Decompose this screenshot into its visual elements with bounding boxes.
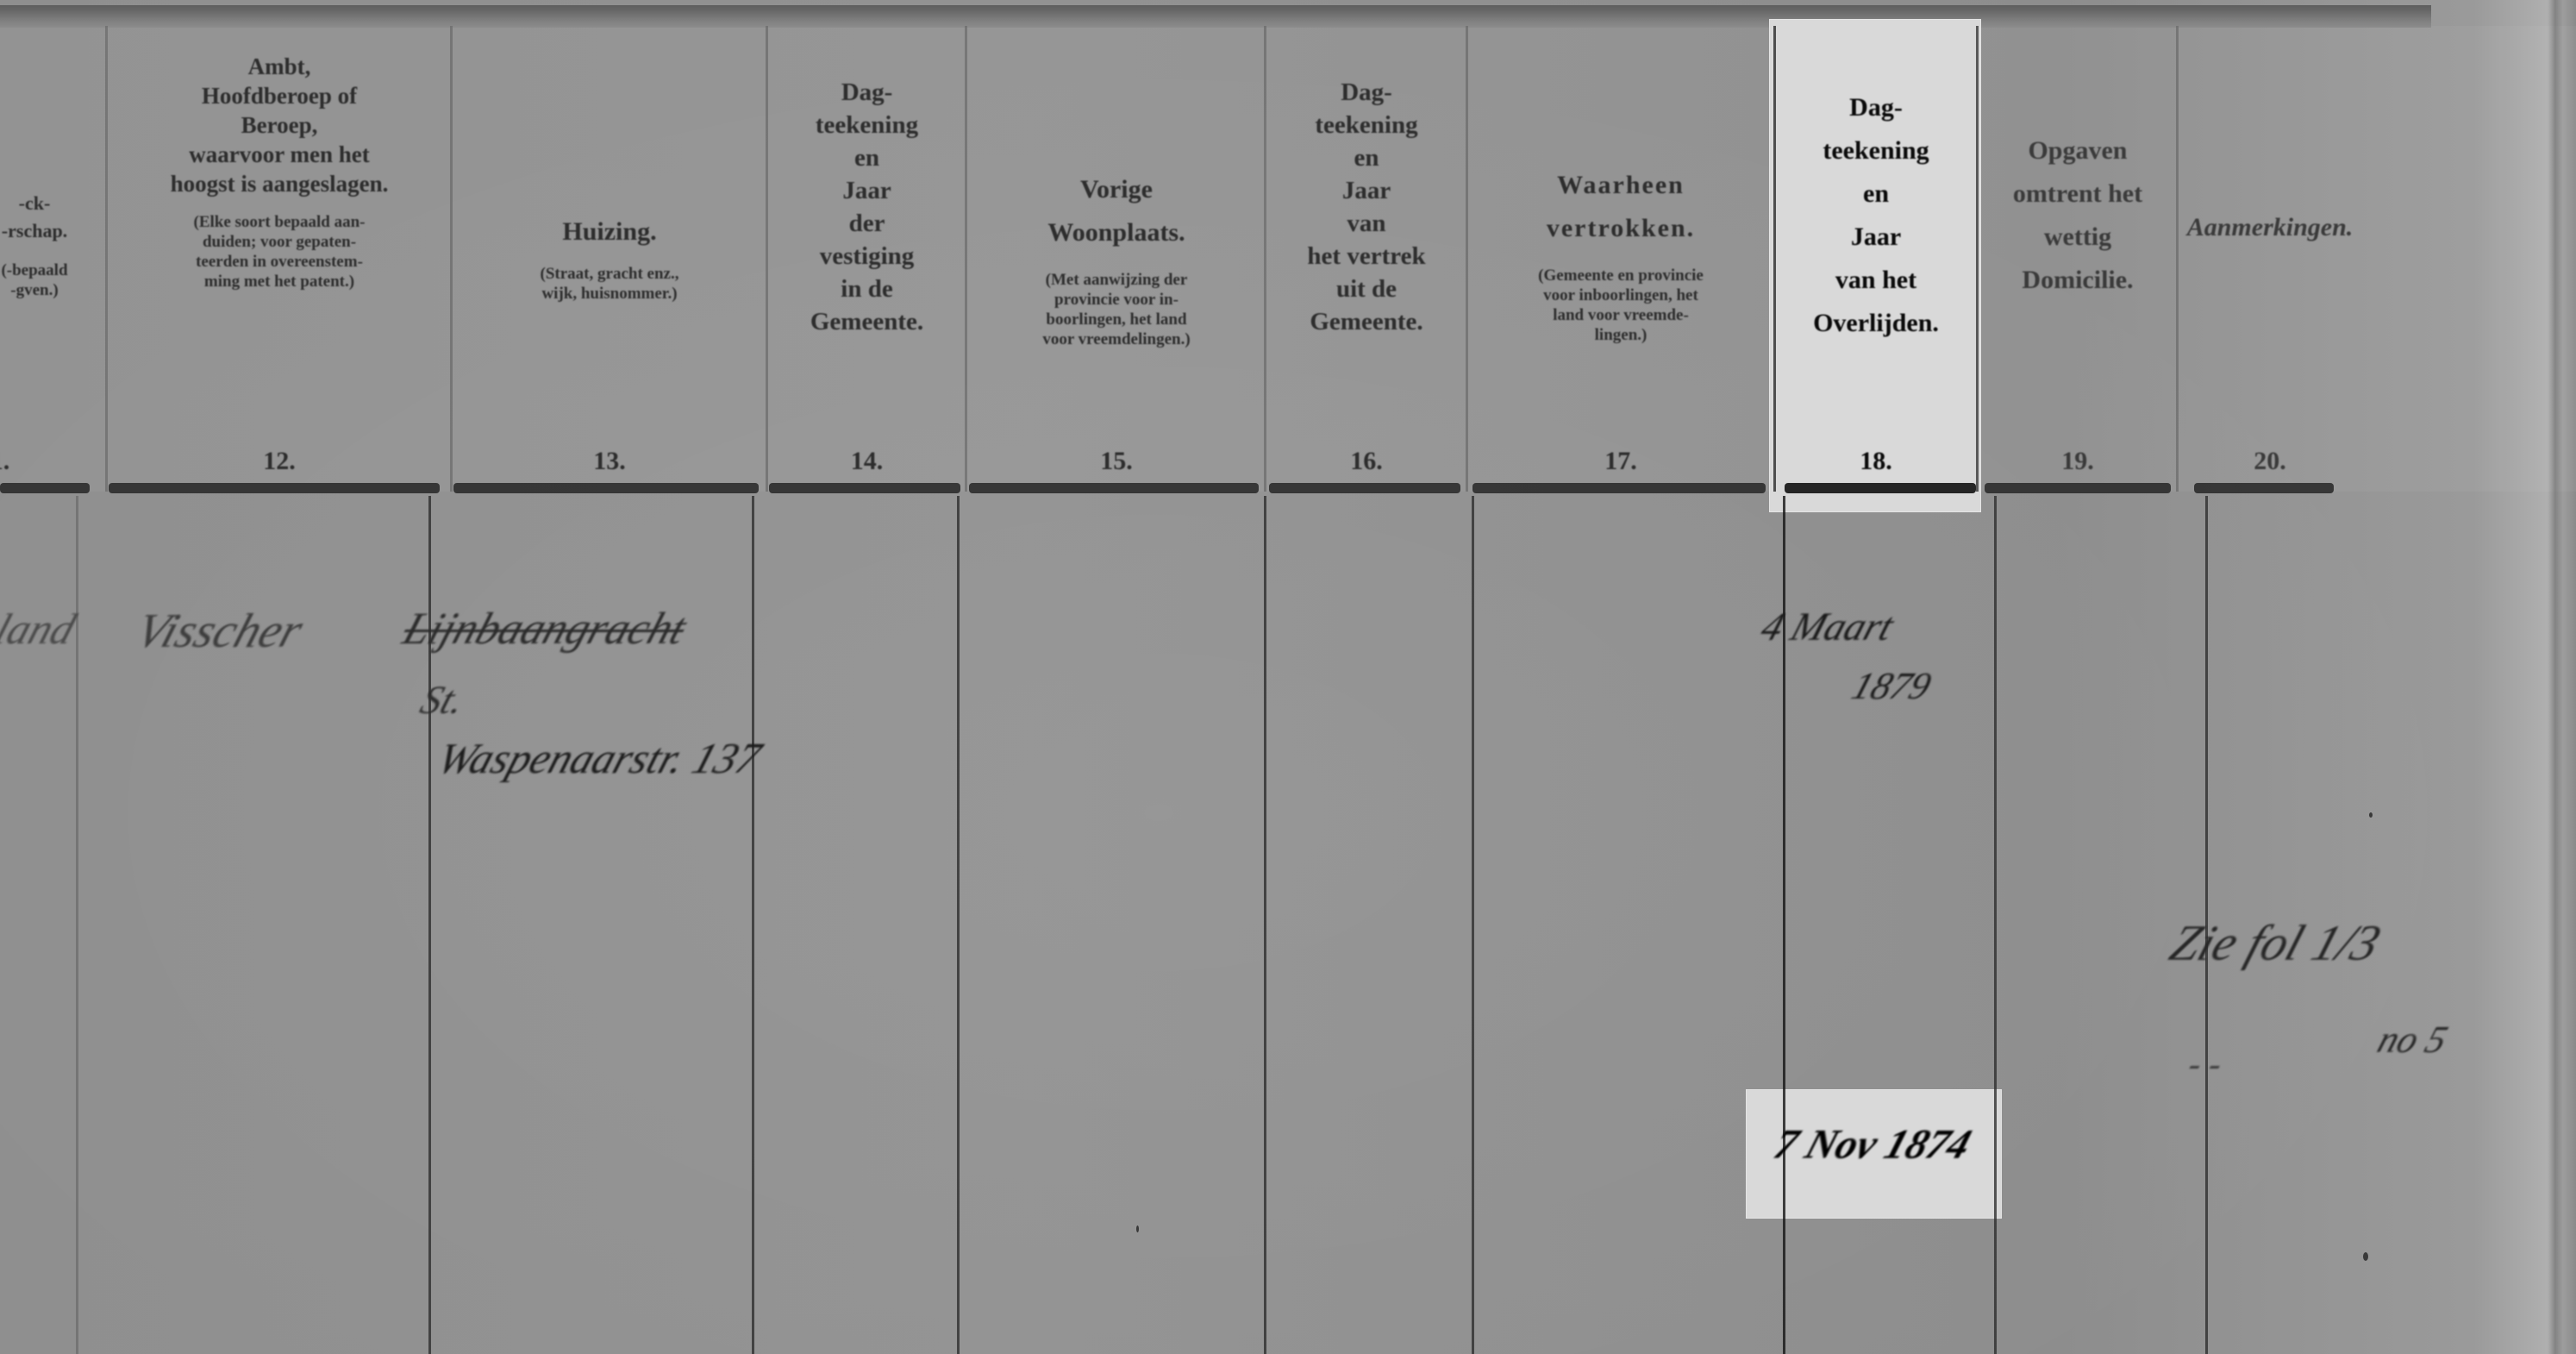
top-rule: [0, 5, 2431, 28]
column-number: 13.: [453, 447, 766, 476]
handwritten-death-year: 1879: [1847, 664, 1937, 708]
column-header-17: Waarheen vertrokken. (Gemeente en provin…: [1469, 52, 1773, 483]
header-divider: [1976, 26, 1979, 492]
column-number: 12.: [109, 447, 450, 476]
column-title: Ambt, Hoofdberoep of Beroep, waarvoor me…: [171, 52, 389, 198]
header-divider: [2176, 26, 2179, 492]
header-divider: [965, 26, 967, 492]
header-divider: [1466, 26, 1468, 492]
column-line: [1264, 496, 1266, 1354]
header-underline: [769, 483, 960, 493]
column-header-14: Dag- teekening en Jaar der vestiging in …: [769, 52, 965, 483]
column-subtitle: (Straat, gracht enz., wijk, huisnommer.): [532, 264, 688, 304]
handwritten-remark-ditto: - -: [2183, 1044, 2228, 1084]
header-underline: [109, 483, 440, 493]
column-header-20: Aanmerkingen. 20.: [2179, 52, 2360, 483]
handwritten-address-struck: Lijnbaangracht: [397, 604, 692, 655]
column-number: 18.: [1776, 447, 1976, 476]
column-title: Aanmerkingen.: [2187, 211, 2354, 244]
column-header-18: Dag- teekening en Jaar van het Overlijde…: [1776, 52, 1976, 483]
column-title: Vorige Woonplaats.: [1047, 168, 1185, 254]
header-underline: [1472, 483, 1766, 493]
column-title: Dag- teekening en Jaar van het Overlijde…: [1813, 86, 1939, 345]
ink-speck: [1136, 1225, 1139, 1232]
column-subtitle: (Gemeente en provincie voor inboorlingen…: [1529, 266, 1712, 345]
header-divider: [450, 26, 453, 492]
column-header-12: Ambt, Hoofdberoep of Beroep, waarvoor me…: [109, 52, 450, 483]
header-underline: [1269, 483, 1460, 493]
column-line: [1994, 496, 1997, 1354]
column-number: 17.: [1469, 447, 1773, 476]
header-divider: [766, 26, 768, 492]
column-header-16: Dag- teekening en Jaar van het vertrek u…: [1267, 52, 1466, 483]
handwritten-address-new: Waspenaarstr. 137: [432, 733, 767, 783]
column-line: [76, 496, 78, 1354]
handwritten-remark-line2: no 5: [2373, 1018, 2454, 1062]
column-number: 15.: [969, 447, 1264, 476]
column-title: Dag- teekening en Jaar van het vertrek u…: [1307, 76, 1425, 338]
column-number: 16.: [1267, 447, 1466, 476]
header-divider: [1264, 26, 1266, 492]
column-header-13: Huizing. (Straat, gracht enz., wijk, hui…: [453, 52, 766, 483]
column-title: Opgaven omtrent het wettig Domicilie.: [2013, 129, 2142, 302]
column-header-19: Opgaven omtrent het wettig Domicilie. 19…: [1979, 52, 2176, 483]
handwritten-occupation: Visscher: [129, 604, 309, 659]
header-underline: [1785, 483, 1976, 493]
column-line: [752, 496, 754, 1354]
header-underline: [0, 483, 90, 493]
column-title: Huizing.: [562, 216, 656, 248]
column-header-11-partial: -ck- -rschap. (-bepaald -gven.) 1.: [0, 52, 103, 483]
ink-speck: [2369, 812, 2373, 818]
column-header-15: Vorige Woonplaats. (Met aanwijzing der p…: [969, 52, 1264, 483]
ink-speck: [2363, 1252, 2368, 1261]
register-page: -ck- -rschap. (-bepaald -gven.) 1. Ambt,…: [0, 0, 2576, 1354]
handwritten-address-st: St.: [415, 677, 471, 723]
column-number: 1.: [0, 447, 103, 476]
column-subtitle: (Met aanwijzing der provincie voor in- b…: [1034, 270, 1198, 349]
header-underline: [1985, 483, 2171, 493]
column-subtitle: (Elke soort bepaald aan- duiden; voor ge…: [185, 212, 374, 291]
column-title: Waarheen vertrokken.: [1547, 164, 1695, 250]
column-number: 14.: [769, 447, 965, 476]
page-edge: [2548, 0, 2563, 1354]
handwritten-col11-fragment: -land: [0, 604, 82, 654]
column-subtitle: (-bepaald -gven.): [0, 260, 77, 300]
header-underline: [453, 483, 759, 493]
column-title: -ck- -rschap.: [2, 190, 67, 245]
column-number: 20.: [2179, 447, 2360, 476]
handwritten-death-date: 4 Maart: [1755, 604, 1899, 649]
column-line: [1472, 496, 1474, 1354]
handwritten-remark-line1: Zie fol 1/3: [2163, 914, 2387, 972]
header-underline: [2194, 483, 2334, 493]
column-title: Dag- teekening en Jaar der vestiging in …: [810, 76, 923, 338]
column-line: [957, 496, 960, 1354]
header-divider: [105, 26, 108, 492]
handwritten-highlighted-date: 7 Nov 1874: [1768, 1121, 1977, 1169]
column-number: 19.: [1979, 447, 2176, 476]
header-underline: [969, 483, 1259, 493]
